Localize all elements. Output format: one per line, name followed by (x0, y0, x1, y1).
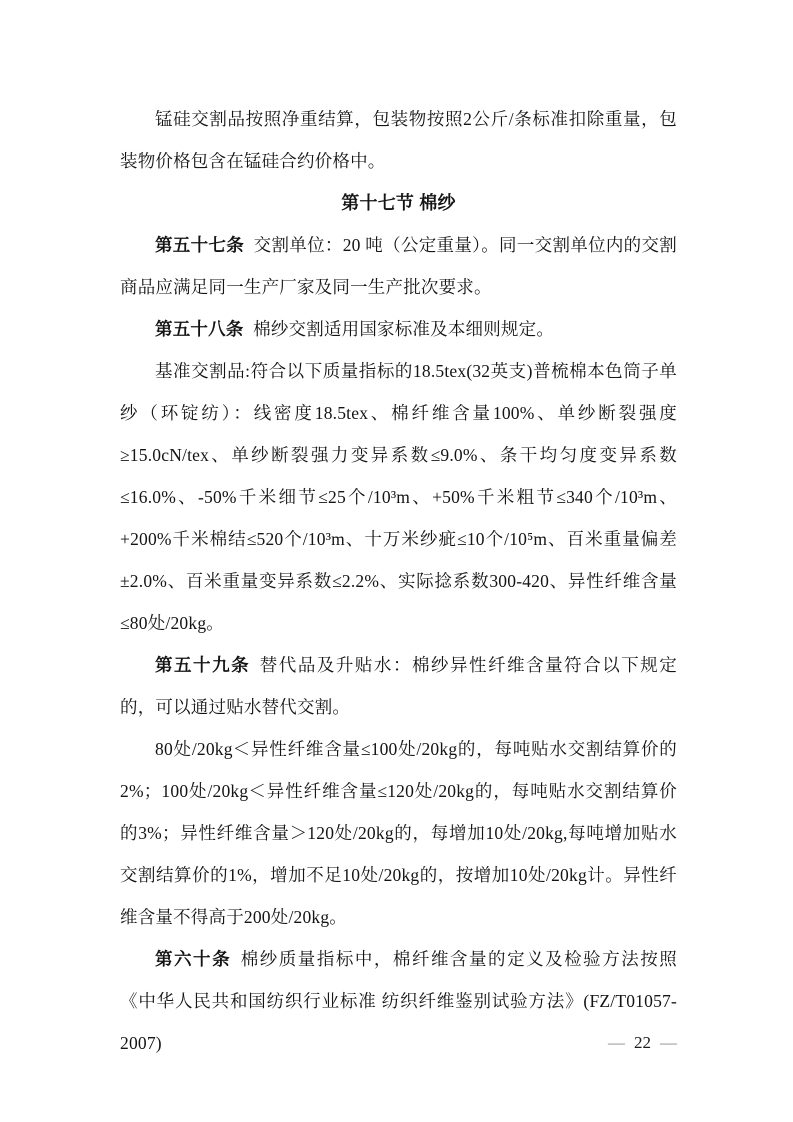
page-footer: —22— (608, 1031, 677, 1055)
article-60-paragraph: 第六十条棉纱质量指标中，棉纤维含量的定义及检验方法按照《中华人民共和国纺织行业标… (120, 938, 677, 1064)
paragraph-manganese-silicon-settlement: 锰硅交割品按照净重结算，包装物按照2公斤/条标准扣除重量，包装物价格包含在锰硅合… (120, 98, 677, 182)
footer-right-dash: — (660, 1033, 677, 1052)
article-58-number: 第五十八条 (155, 319, 244, 339)
article-59-number: 第五十九条 (155, 655, 250, 675)
footer-left-dash: — (608, 1033, 625, 1052)
article-58-paragraph: 第五十八条棉纱交割适用国家标准及本细则规定。 (120, 308, 677, 350)
fiber-content-discount-paragraph: 80处/20kg＜异性纤维含量≤100处/20kg的，每吨贴水交割结算价的2%；… (120, 728, 677, 938)
article-57-number: 第五十七条 (155, 235, 244, 255)
document-body: 锰硅交割品按照净重结算，包装物按照2公斤/条标准扣除重量，包装物价格包含在锰硅合… (120, 98, 677, 1064)
article-58-text: 棉纱交割适用国家标准及本细则规定。 (253, 319, 554, 339)
article-59-paragraph: 第五十九条替代品及升贴水：棉纱异性纤维含量符合以下规定的，可以通过贴水替代交割。 (120, 644, 677, 728)
page-number: 22 (634, 1033, 651, 1052)
benchmark-deliverable-paragraph: 基准交割品:符合以下质量指标的18.5tex(32英支)普梳棉本色筒子单纱（环锭… (120, 350, 677, 644)
document-page: 锰硅交割品按照净重结算，包装物按照2公斤/条标准扣除重量，包装物价格包含在锰硅合… (0, 0, 793, 1122)
article-57-paragraph: 第五十七条交割单位：20 吨（公定重量）。同一交割单位内的交割商品应满足同一生产… (120, 224, 677, 308)
section-17-heading: 第十七节 棉纱 (120, 182, 677, 224)
article-60-number: 第六十条 (155, 949, 231, 969)
